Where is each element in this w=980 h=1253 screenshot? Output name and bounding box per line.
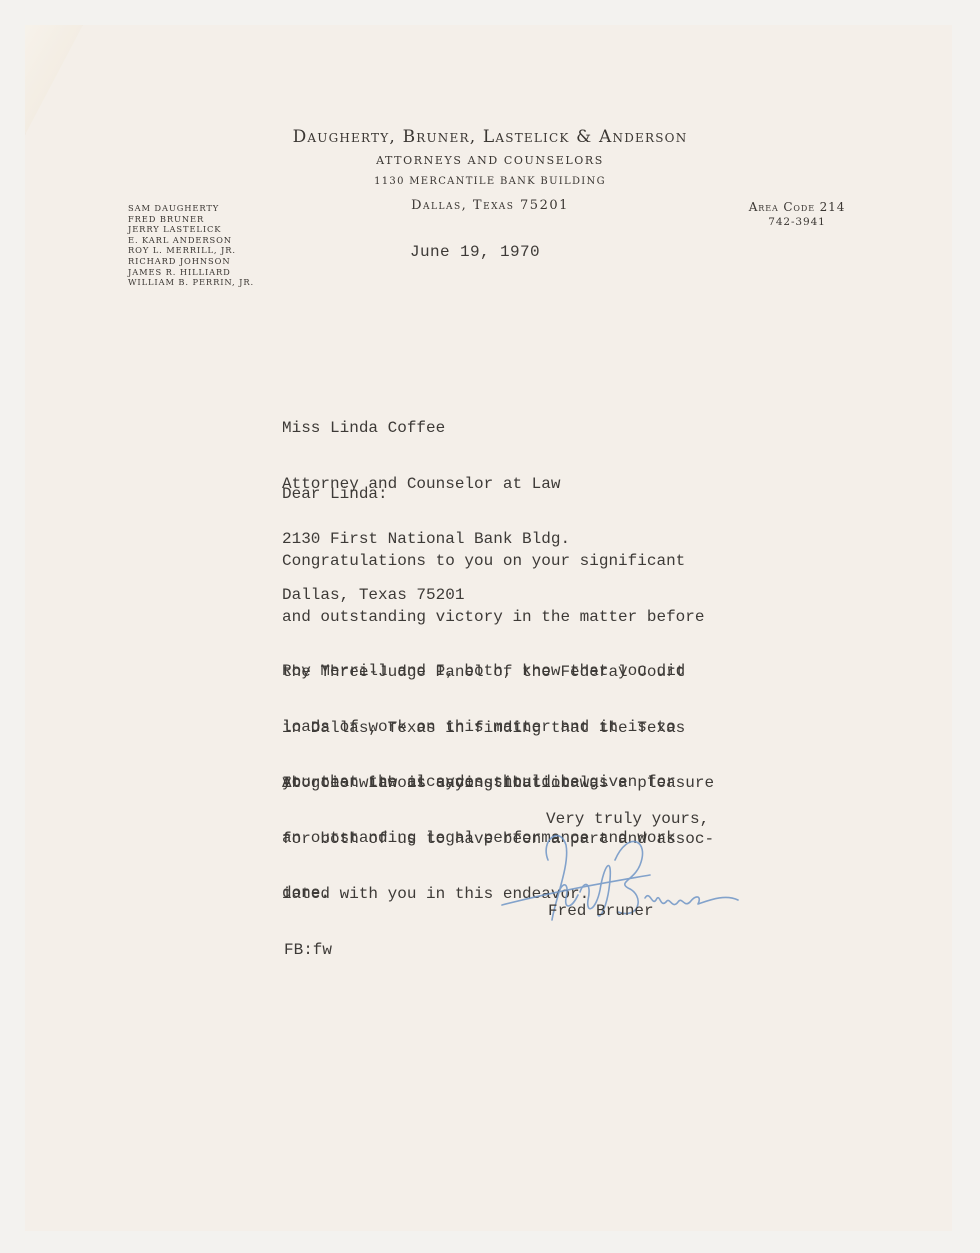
partner-list: SAM DAUGHERTY FRED BRUNER JERRY LASTELIC… xyxy=(128,203,254,288)
area-code: Area Code 214 xyxy=(742,200,852,215)
firm-name: Daugherty, Bruner, Lastelick & Anderson xyxy=(0,127,980,147)
typist-initials: FB:fw xyxy=(284,941,332,959)
letter-date: June 19, 1970 xyxy=(410,243,540,261)
partner-name: ROY L. MERRILL, JR. xyxy=(128,245,254,256)
recipient-line: Miss Linda Coffee xyxy=(282,419,570,438)
signer-name: Fred Bruner xyxy=(548,902,654,920)
partner-name: JAMES R. HILLIARD xyxy=(128,267,254,278)
paragraph-line: It goes without saying that it was a ple… xyxy=(282,774,714,793)
partner-name: SAM DAUGHERTY xyxy=(128,203,254,214)
partner-name: FRED BRUNER xyxy=(128,214,254,225)
partner-name: JERRY LASTELICK xyxy=(128,224,254,235)
phone-block: Area Code 214 742-3941 xyxy=(742,200,852,230)
partner-name: WILLIAM B. PERRIN, JR. xyxy=(128,277,254,288)
paragraph-line: and outstanding victory in the matter be… xyxy=(282,608,704,627)
paragraph-line: loads of work on this matter and it is t… xyxy=(282,718,685,737)
phone-number: 742-3941 xyxy=(742,215,852,230)
firm-address: 1130 MERCANTILE BANK BUILDING xyxy=(0,176,980,187)
partner-name: RICHARD JOHNSON xyxy=(128,256,254,267)
paragraph-line: Congratulations to you on your significa… xyxy=(282,552,704,571)
salutation: Dear Linda: xyxy=(282,485,388,504)
paragraph-line: Roy Merrill and I, both, know that you d… xyxy=(282,662,685,681)
partner-name: E. KARL ANDERSON xyxy=(128,235,254,246)
firm-subtitle: ATTORNEYS AND COUNSELORS xyxy=(0,154,980,167)
